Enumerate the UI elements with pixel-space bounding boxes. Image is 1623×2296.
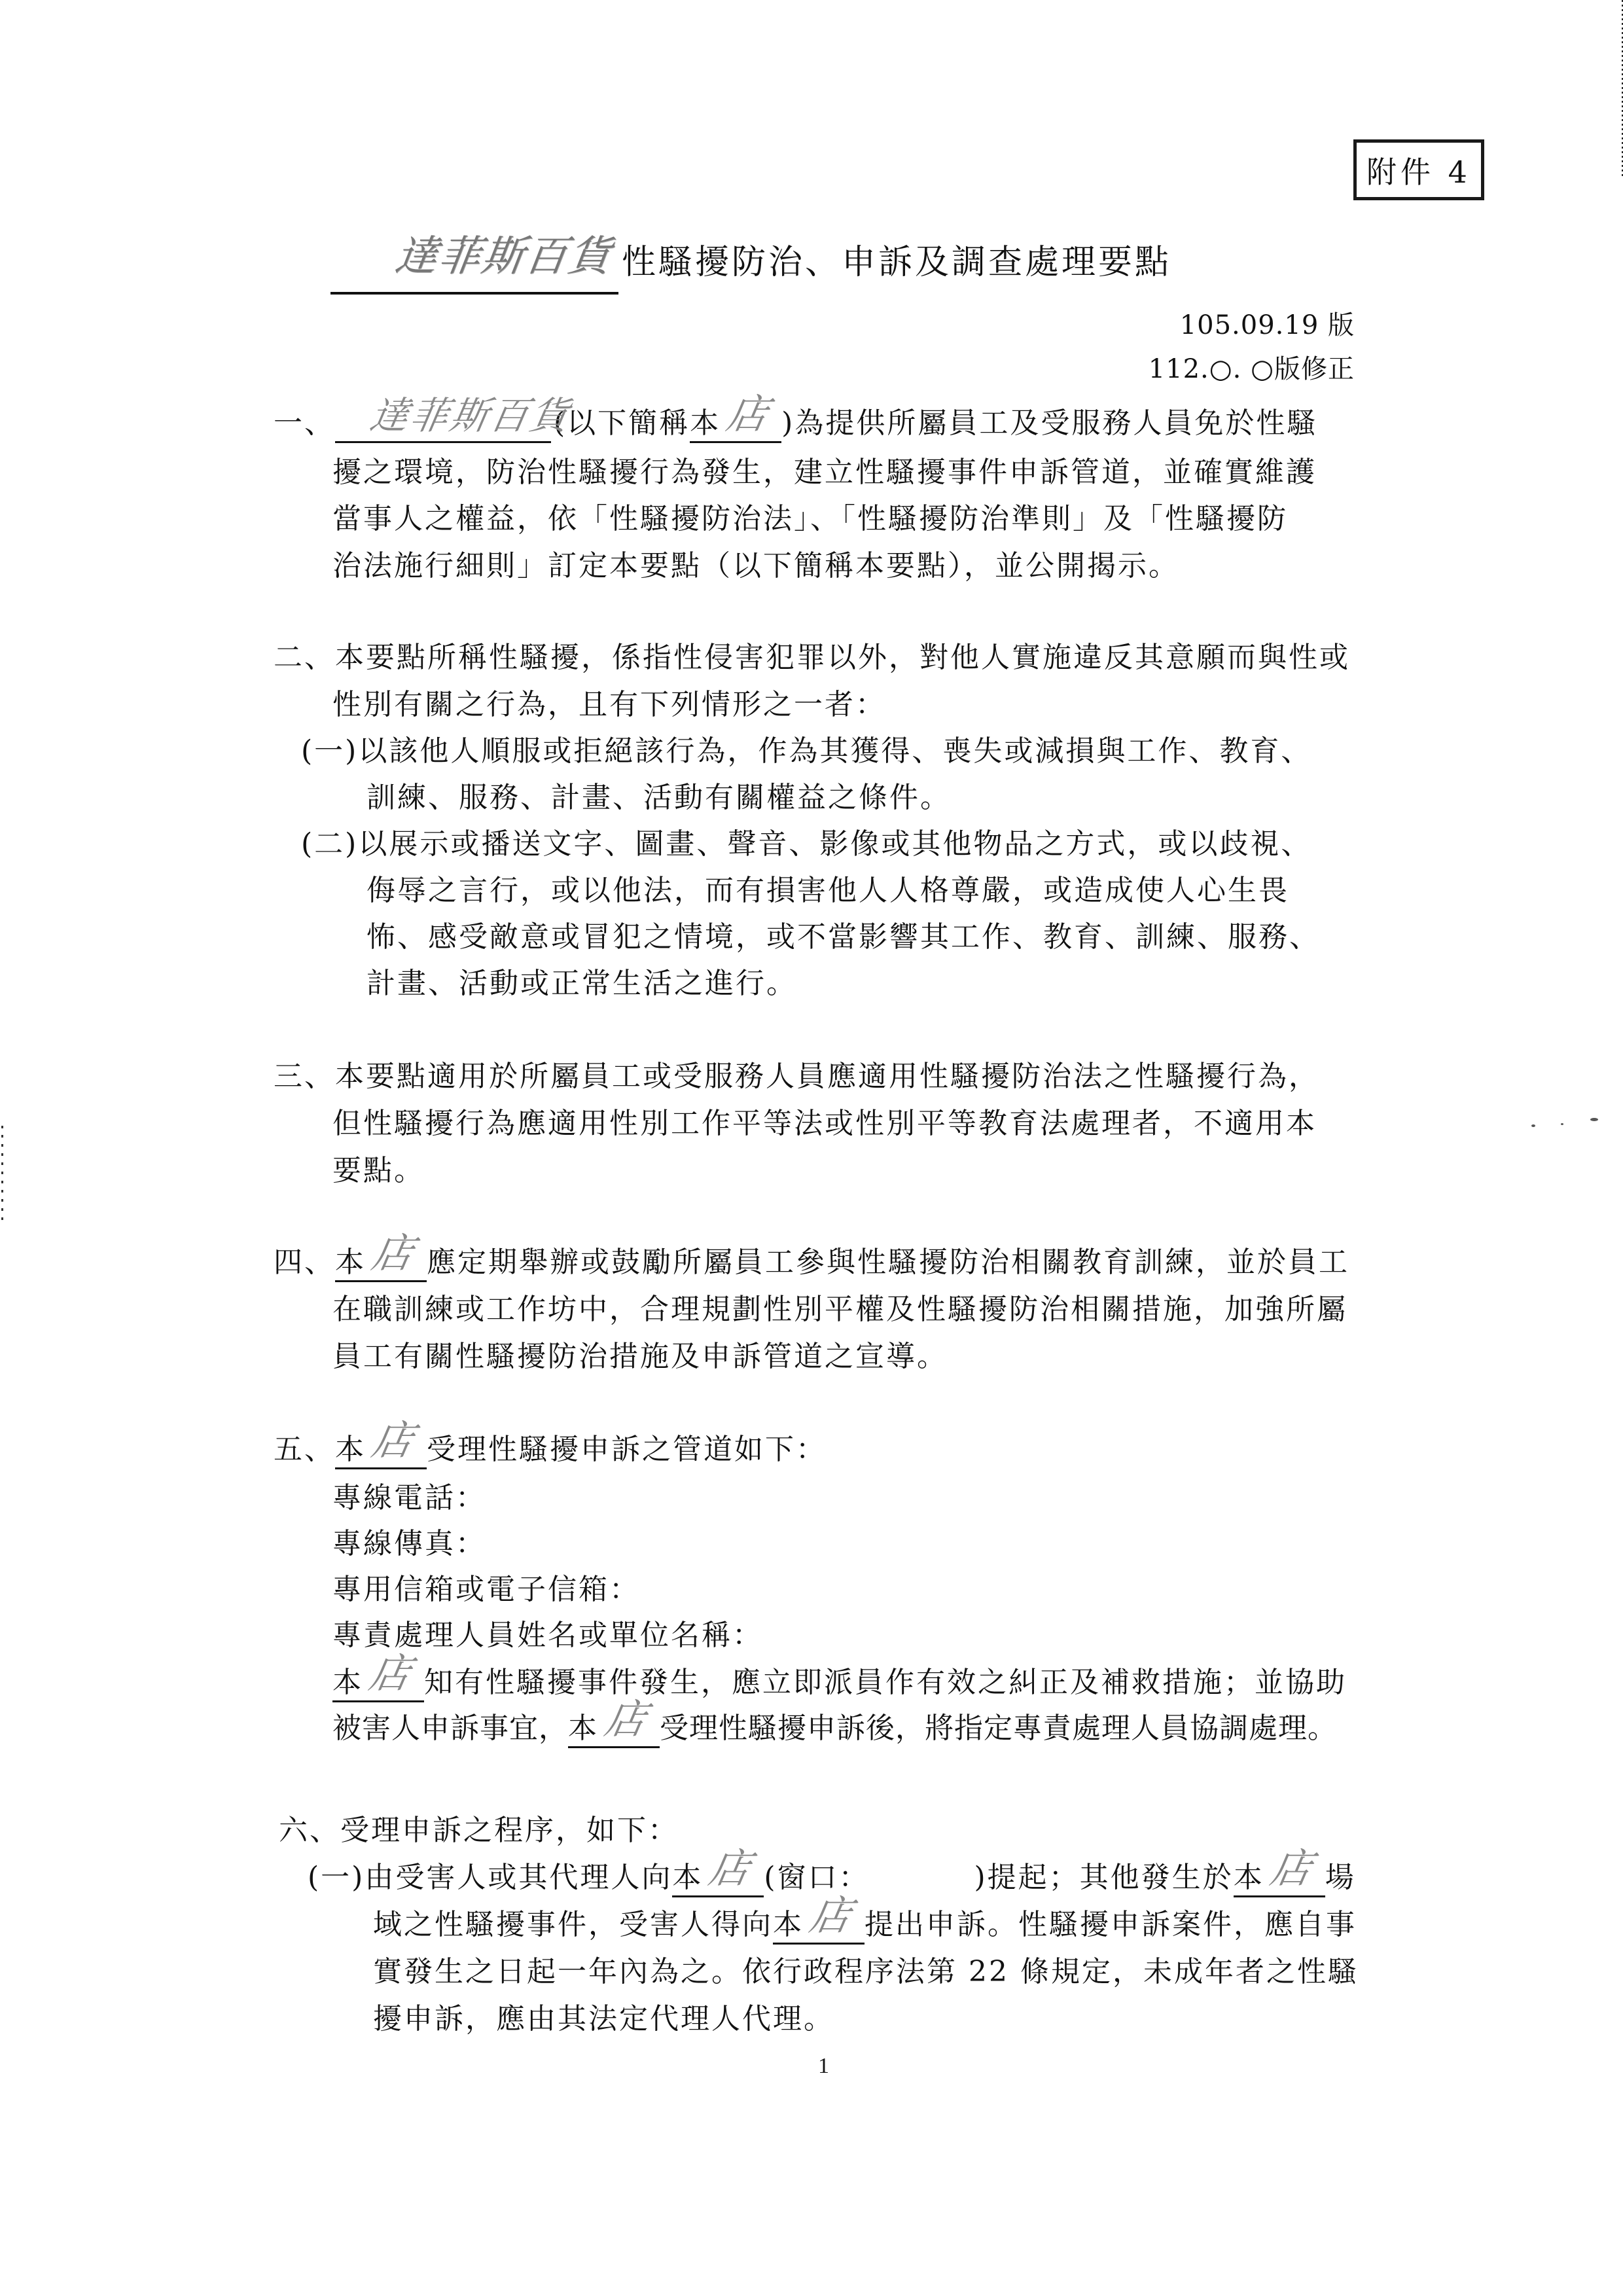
document-title: 性騷擾防治、申訴及調查處理要點 xyxy=(622,234,1171,283)
version-original: 105.09.19 版 xyxy=(1180,304,1355,342)
store-field: 本店 xyxy=(672,1854,764,1897)
page-number: 1 xyxy=(818,2054,829,2079)
store-field: 本店 xyxy=(773,1901,865,1945)
version-revised: 112.○. ○版修正 xyxy=(1149,348,1355,386)
section-2-item-2-line-4: 計畫、活動或正常生活之進行。 xyxy=(366,960,797,1001)
scan-speck xyxy=(1590,1118,1598,1121)
document-page: 附件 4 達菲斯百貨 性騷擾防治、申訴及調查處理要點 105.09.19 版 1… xyxy=(0,0,1623,2296)
section-2-line-2: 性別有關之行為，且有下列情形之一者： xyxy=(332,681,886,723)
section-2-line-1: 二、本要點所稱性騷擾，係指性侵害犯罪以外，對他人實施違反其意願而與性或 xyxy=(274,634,1350,675)
section-1-line-3: 當事人之權益，依「性騷擾防治法」、「性騷擾防治準則」及「性騷擾防 xyxy=(332,495,1288,537)
section-2-item-2-line-2: 侮辱之言行，或以他法，而有損害他人人格尊嚴，或造成使人心生畏 xyxy=(366,867,1289,908)
store-field: 本店 xyxy=(690,399,781,443)
section-3-line-1: 三、本要點適用於所屬員工或受服務人員應適用性騷擾防治法之性騷擾行為， xyxy=(274,1052,1319,1094)
annex-label: 附件 4 xyxy=(1366,149,1471,192)
scan-speck xyxy=(1561,1123,1563,1125)
section-2-item-1-line-2: 訓練、服務、計畫、活動有關權益之條件。 xyxy=(366,774,951,816)
company-name-handwritten: 達菲斯百貨 xyxy=(392,223,616,283)
section-2-item-2-line-1: (二)以展示或播送文字、圖畫、聲音、影像或其他物品之方式，或以歧視、 xyxy=(301,820,1311,862)
section-3-line-3: 要點。 xyxy=(332,1147,425,1189)
section-6-item-1-line-4: 擾申訴，應由其法定代理人代理。 xyxy=(373,1995,834,2037)
store-field: 本店 xyxy=(335,1426,427,1469)
section-5-para-line-1: 本店知有性騷擾事件發生，應立即派員作有效之糾正及補救措施；並協助 xyxy=(332,1659,1347,1702)
section-1-line-2: 擾之環境，防治性騷擾行為發生，建立性騷擾事件申訴管道，並確實維護 xyxy=(332,448,1317,490)
section-6-line-1: 六、受理申訴之程序，如下： xyxy=(279,1806,679,1848)
section-1-line-4: 治法施行細則」訂定本要點（以下簡稱本要點），並公開揭示。 xyxy=(332,542,1179,584)
store-field: 本店 xyxy=(1234,1854,1325,1897)
section-2-item-1-line-1: (一)以該他人順服或拒絕該行為，作為其獲得、喪失或減損與工作、教育、 xyxy=(301,727,1311,769)
section-6-item-1-line-2: 域之性騷擾事件，受害人得向本店提出申訴。性騷擾申訴案件，應自事 xyxy=(373,1901,1357,1945)
section-1-line-1: 一、達菲斯百貨(以下簡稱本店)為提供所屬員工及受服務人員免於性騷 xyxy=(274,399,1317,443)
section-3-line-2: 但性騷擾行為應適用性別工作平等法或性別平等教育法處理者，不適用本 xyxy=(332,1100,1317,1141)
mailbox-label: 專用信箱或電子信箱： xyxy=(332,1566,640,1607)
company-name-field: 達菲斯百貨 xyxy=(335,410,551,443)
annex-label-box: 附件 4 xyxy=(1353,139,1484,200)
fax-label: 專線傳真： xyxy=(332,1520,486,1562)
section-4-line-3: 員工有關性騷擾防治措施及申訴管道之宣導。 xyxy=(332,1333,948,1374)
company-name-blank xyxy=(330,292,618,295)
section-4-line-2: 在職訓練或工作坊中，合理規劃性別平權及性騷擾防治相關措施，加強所屬 xyxy=(332,1285,1347,1327)
section-5-para-line-2: 被害人申訴事宜，本店受理性騷擾申訴後，將指定專責處理人員協調處理。 xyxy=(332,1704,1337,1748)
section-2-item-2-line-3: 怖、感受敵意或冒犯之情境，或不當影響其工作、教育、訓練、服務、 xyxy=(366,913,1320,955)
store-field: 本店 xyxy=(568,1704,660,1748)
scan-artifact-edge-left xyxy=(1,1126,3,1224)
section-6-item-1-line-3: 實發生之日起一年內為之。依行政程序法第 22 條規定，未成年者之性騷 xyxy=(373,1948,1359,1990)
store-field: 本店 xyxy=(332,1659,424,1702)
scan-speck xyxy=(1531,1124,1535,1127)
hotline-label: 專線電話： xyxy=(332,1474,486,1516)
document-title-row: 達菲斯百貨 性騷擾防治、申訴及調查處理要點 xyxy=(330,223,1378,295)
section-5-line-1: 五、本店受理性騷擾申訴之管道如下： xyxy=(274,1426,827,1469)
store-field: 本店 xyxy=(335,1238,427,1282)
section-4-line-1: 四、本店應定期舉辦或鼓勵所屬員工參與性騷擾防治相關教育訓練，並於員工 xyxy=(274,1238,1349,1282)
